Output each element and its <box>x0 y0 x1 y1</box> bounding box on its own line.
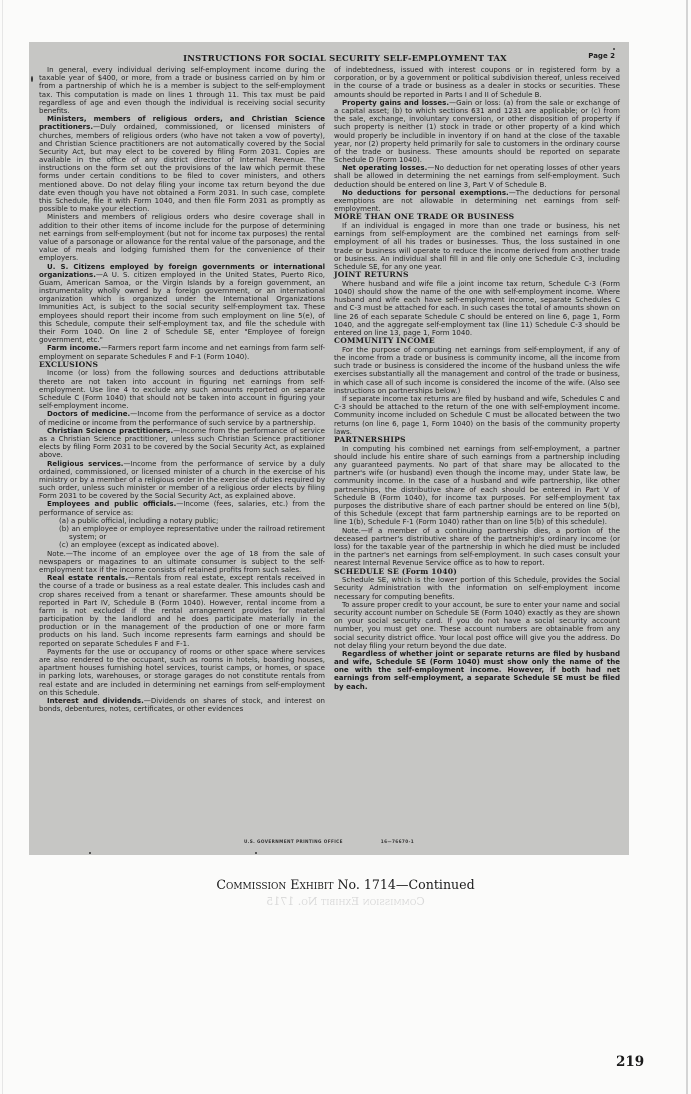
scan-speck <box>89 852 91 854</box>
caption-small-caps: Commission Exhibit <box>216 877 333 892</box>
list-item: (b) an employee or employee representati… <box>59 525 325 541</box>
paragraph-text: Ministers and members of religious order… <box>39 212 325 262</box>
paragraph-text: Where husband and wife file a joint inco… <box>334 279 620 337</box>
paragraph: Christian Science practitioners.—Income … <box>39 427 325 460</box>
page-tag: Page 2 <box>588 52 615 60</box>
paragraph: For the purpose of computing net earning… <box>334 346 620 395</box>
paragraph: Property gains and losses.—Gain or loss:… <box>334 99 620 165</box>
scanned-form-page: INSTRUCTIONS FOR SOCIAL SECURITY SELF-EM… <box>29 42 629 855</box>
paragraph: Farm income.—Farmers report farm income … <box>39 344 325 360</box>
paragraph-text: —Rentals from real estate, except rental… <box>39 573 325 648</box>
paragraph-text: Regardless of whether joint or separate … <box>334 649 620 691</box>
printer-footer: U.S. GOVERNMENT PRINTING OFFICE 16—76670… <box>29 839 629 844</box>
paragraph-text: In general, every individual deriving se… <box>39 65 325 115</box>
paragraph: Religious services.—Income from the perf… <box>39 460 325 501</box>
paragraph: of indebtedness, issued with interest co… <box>334 66 620 99</box>
paragraph-text: Note.—The income of an employee over the… <box>39 549 325 574</box>
form-header: INSTRUCTIONS FOR SOCIAL SECURITY SELF-EM… <box>39 51 621 65</box>
paragraph: If an individual is engaged in more than… <box>334 222 620 271</box>
paragraph: Payments for the use or occupancy of roo… <box>39 648 325 697</box>
paragraph: Net operating losses.—No deduction for n… <box>334 164 620 189</box>
printer-name: U.S. GOVERNMENT PRINTING OFFICE <box>244 839 343 844</box>
paragraph: To assure proper credit to your account,… <box>334 601 620 650</box>
text-columns: In general, every individual deriving se… <box>39 66 621 713</box>
paragraph-text: —A U. S. citizen employed in the United … <box>39 270 325 345</box>
paragraph-text: Income (or loss) from the following sour… <box>39 368 325 410</box>
paragraph: Regardless of whether joint or separate … <box>334 650 620 691</box>
page-right-edge <box>686 0 688 1094</box>
paragraph-text: Note.—If a member of a continuing partne… <box>334 526 620 568</box>
paragraph: Note.—If a member of a continuing partne… <box>334 527 620 568</box>
paragraph: Income (or loss) from the following sour… <box>39 369 325 410</box>
paragraph-text: In computing his combined net earnings f… <box>334 444 620 527</box>
paragraph: Schedule SE, which is the lower portion … <box>334 576 620 601</box>
paragraph-text: To assure proper credit to your account,… <box>334 600 620 650</box>
paragraph: Employees and public officials.—Income (… <box>39 500 325 516</box>
bleedthrough-caption: Commission Exhibit No. 1715 <box>0 895 691 908</box>
paragraph: Where husband and wife file a joint inco… <box>334 280 620 337</box>
paragraph-text: If an individual is engaged in more than… <box>334 221 620 271</box>
paragraph-text: If separate income tax returns are filed… <box>334 394 620 436</box>
paragraph: Interest and dividends.—Dividends on sha… <box>39 697 325 713</box>
form-title: INSTRUCTIONS FOR SOCIAL SECURITY SELF-EM… <box>39 51 621 65</box>
paragraph: Doctors of medicine.—Income from the per… <box>39 410 325 426</box>
paragraph: In general, every individual deriving se… <box>39 66 325 115</box>
paragraph: U. S. Citizens employed by foreign gover… <box>39 263 325 345</box>
paragraph-text: —Duly ordained, commissioned, or license… <box>39 122 325 213</box>
paragraph-text: For the purpose of computing net earning… <box>334 345 620 395</box>
exclusion-list: (a) a public official, including a notar… <box>39 517 325 550</box>
paragraph: Ministers, members of religious orders, … <box>39 115 325 213</box>
left-column: In general, every individual deriving se… <box>39 66 325 713</box>
form-code: 16—76670-1 <box>381 839 414 844</box>
paragraph: Ministers and members of religious order… <box>39 213 325 262</box>
paragraph-text: Schedule SE, which is the lower portion … <box>334 575 620 600</box>
paragraph: In computing his combined net earnings f… <box>334 445 620 527</box>
scan-speck <box>613 48 615 50</box>
scan-speck <box>31 76 33 82</box>
paragraph-text: of indebtedness, issued with interest co… <box>334 65 620 99</box>
right-column: of indebtedness, issued with interest co… <box>334 66 620 713</box>
page-number: 219 <box>616 1054 644 1070</box>
paragraph: No deductions for personal exemptions.—T… <box>334 189 620 214</box>
paragraph: Note.—The income of an employee over the… <box>39 550 325 575</box>
paragraph: If separate income tax returns are filed… <box>334 395 620 436</box>
exhibit-caption: Commission Exhibit No. 1714—Continued <box>0 877 691 892</box>
paragraph-text: —Gain or loss: (a) from the sale or exch… <box>334 98 620 164</box>
page-left-edge <box>2 0 3 1094</box>
caption-rest: No. 1714—Continued <box>338 877 475 892</box>
paragraph-text: Payments for the use or occupancy of roo… <box>39 647 325 697</box>
scan-speck <box>255 852 257 854</box>
paragraph: Real estate rentals.—Rentals from real e… <box>39 574 325 648</box>
